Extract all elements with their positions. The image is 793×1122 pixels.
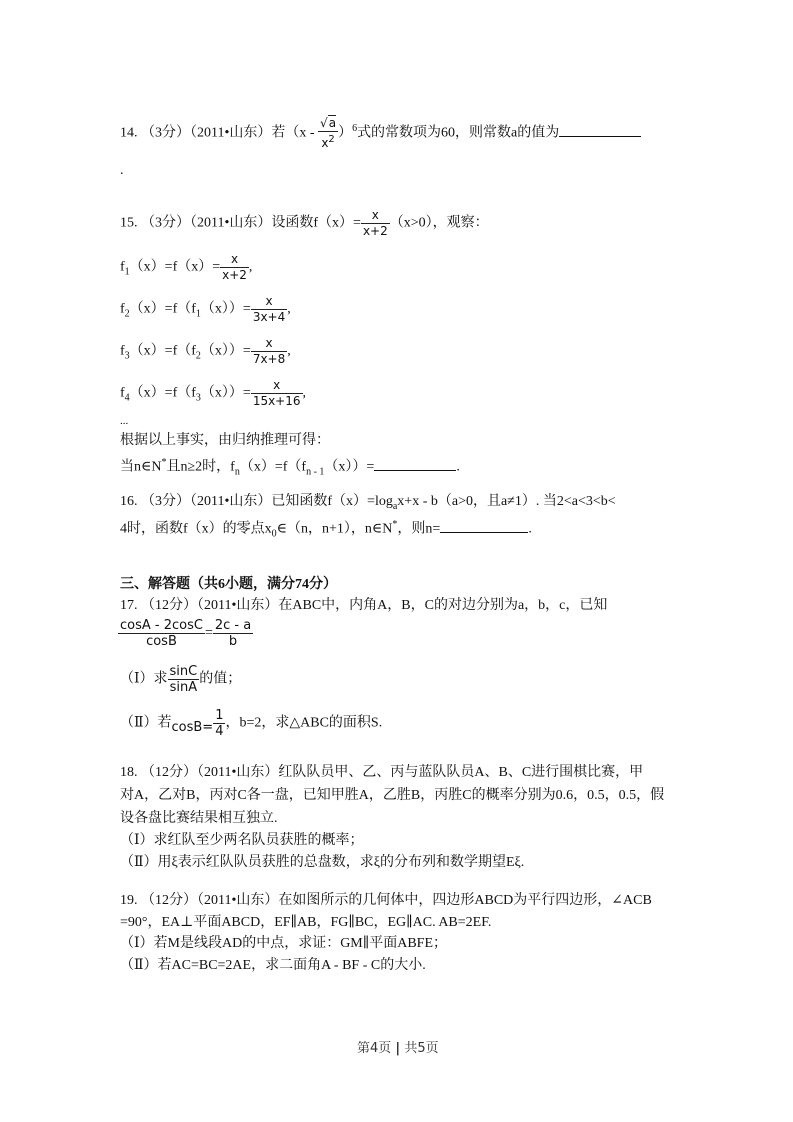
page-current: 第4页 (357, 1041, 391, 1056)
question-19-line-1: 19. （12分）（2011•山东）在如图所示的几何体中，四边形ABCD为平行四… (120, 892, 652, 910)
q15-induction: 根据以上事实，由归纳推理可得： (120, 432, 330, 450)
q19-part-2: （Ⅱ）若AC=BC=2AE，求二面角A - BF - C的大小. (120, 957, 426, 975)
q17-part-1: （Ⅰ）求sinCsinA的值； (120, 664, 241, 695)
question-16-line-2: 4时，函数f（x）的零点x0∈（n，n+1），n∈N*，则n=. (120, 516, 532, 543)
q19-part-1: （Ⅰ）若M是线段AD的中点，求证：GM∥平面ABFE； (120, 935, 447, 953)
question-17-line-1: 17. （12分）（2011•山东）在ABC中，内角A，B，C的对边分别为a，b… (120, 597, 607, 615)
q15-line-4: f4（x）=f（f3（x））=x15x+16, (120, 378, 306, 409)
q15-final: 当n∈N*且n≥2时，fn（x）=f（fn - 1（x））=. (120, 454, 460, 481)
question-19-line-2: =90°，EA⊥平面ABCD，EF∥AB，FG∥BC，EG∥AC. AB=2EF… (120, 914, 491, 932)
q17-equation: cosA - 2cosCcosB=2c - ab (118, 618, 253, 649)
q14-fraction: √ax2 (318, 116, 338, 151)
q14-trail: . (120, 162, 124, 180)
q15-line-1: f1（x）=f（x）=xx+2, (120, 252, 252, 283)
q18-part-1: （Ⅰ）求红队至少两名队员获胜的概率； (120, 832, 364, 850)
question-18-line-1: 18. （12分）（2011•山东）红队队员甲、乙、丙与蓝队队员A、B、C进行围… (120, 764, 643, 782)
question-14: 14. （3分）（2011•山东）若（x - √ax2）6式的常数项为60，则常… (120, 116, 641, 151)
question-16-line-1: 16. （3分）（2011•山东）已知函数f（x）=logax+x - b（a>… (120, 493, 616, 516)
page-footer: 第4页 | 共5页 (357, 1040, 439, 1058)
page-total: 共5页 (404, 1041, 438, 1056)
sqrt-symbol: √ (320, 116, 328, 130)
answer-blank (374, 458, 456, 471)
q15-line-3: f3（x）=f（f2（x））=x7x+8, (120, 336, 291, 367)
question-18-line-2: 对A，乙对B，丙对C各一盘，已知甲胜A，乙胜B，丙胜C的概率分别为0.6，0.5… (120, 787, 664, 805)
q15-line-2: f2（x）=f（f1（x））=x3x+4, (120, 294, 291, 325)
page-separator: | (395, 1041, 400, 1056)
answer-blank (440, 520, 528, 533)
question-15: 15. （3分）（2011•山东）设函数f（x）=xx+2（x>0），观察： (120, 208, 489, 239)
q15-fraction: xx+2 (361, 208, 390, 239)
q17-part-2: （Ⅱ）若cosB=14，b=2，求△ABC的面积S. (120, 708, 382, 739)
answer-blank (559, 124, 641, 137)
q14-prefix: 14. （3分）（2011•山东）若（x - (120, 126, 318, 141)
q18-part-2: （Ⅱ）用ξ表示红队队员获胜的总盘数，求ξ的分布列和数学期望Eξ. (120, 854, 524, 872)
section-heading: 三、解答题（共6小题，满分74分） (120, 576, 337, 594)
q15-ellipsis: ... (120, 412, 128, 430)
question-18-line-3: 设各盘比赛结果相互独立. (120, 810, 278, 828)
